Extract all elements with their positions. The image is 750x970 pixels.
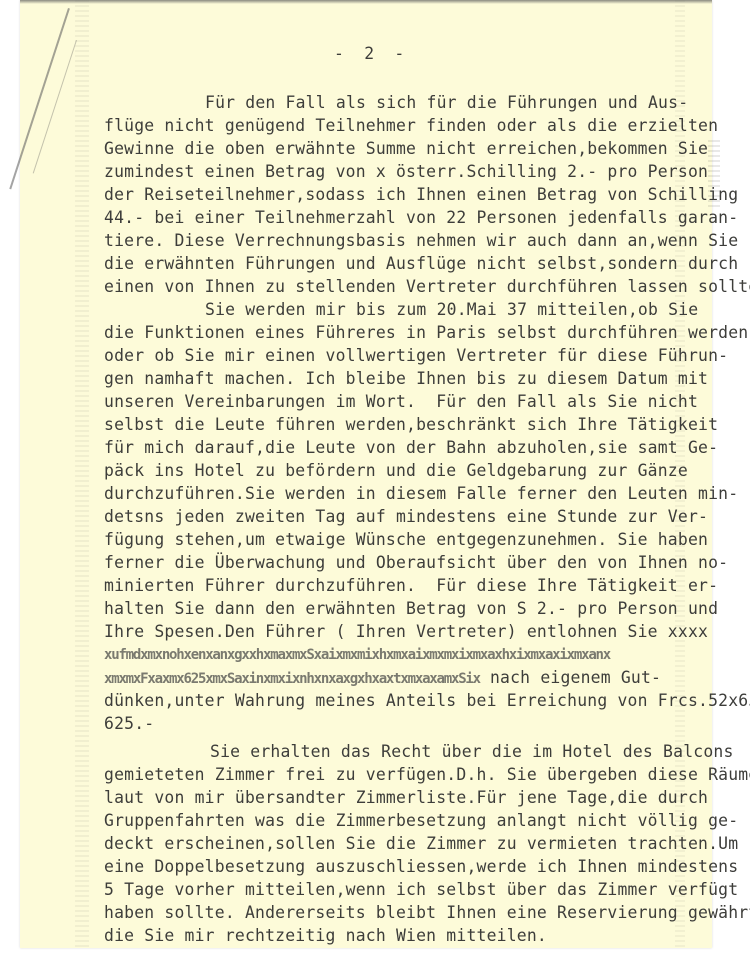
text-line: unseren Vereinbarungen im Wort. Für den … [104,391,698,413]
text-line: Sie werden mir bis zum 20.Mai 37 mitteil… [104,299,698,321]
text-line: die erwähnten Führungen und Ausflüge nic… [104,253,738,275]
text-line: päck ins Hotel zu befördern und die Geld… [104,460,688,482]
text-line: für mich darauf,die Leute von der Bahn a… [104,437,718,459]
page-number: - 2 - [334,43,404,65]
text-line: haben sollte. Andererseits bleibt Ihnen … [104,902,750,924]
text-line: Sie erhalten das Recht über die im Hotel… [104,741,734,763]
text-line: eine Doppelbesetzung auszuschliessen,wer… [104,856,738,878]
text-line: Gruppenfahrten was die Zimmerbesetzung a… [104,810,738,832]
text-line: selbst die Leute führen werden,beschränk… [104,414,718,436]
text-line: deckt erscheinen,sollen Sie die Zimmer z… [104,833,738,855]
text-line: 625.- [104,713,154,735]
text-line: fügung stehen,um etwaige Wünsche entgege… [104,529,708,551]
text-line: halten Sie dann den erwähnten Betrag von… [104,598,718,620]
text-line: gen namhaft machen. Ich bleibe Ihnen bis… [104,368,708,390]
text-line: xmxmxFxaxmx625xmxSaxinxmxixnhxnxaxgxhxax… [104,667,661,689]
text-line: einen von Ihnen zu stellenden Vertreter … [104,276,750,298]
text-line: gemieteten Zimmer frei zu verfügen.D.h. … [104,764,750,786]
text-line: laut von mir übersandter Zimmerliste.Für… [104,787,708,809]
text-line: durchzuführen.Sie werden in diesem Falle… [104,483,738,505]
text-line: die Funktionen eines Führeres in Paris s… [104,322,748,344]
text-line: zumindest einen Betrag von x österr.Schi… [104,161,708,183]
text-line: Gewinne die oben erwähnte Summe nicht er… [104,138,708,160]
text-line: Für den Fall als sich für die Führungen … [104,92,688,114]
text-line: flüge nicht genügend Teilnehmer finden o… [104,115,718,137]
text-line: die Sie mir rechtzeitig nach Wien mittei… [104,925,547,947]
text-line: dünken,unter Wahrung meines Anteils bei … [104,690,750,712]
text-fragment: nach eigenem Gut- [480,668,661,687]
text-line: oder ob Sie mir einen vollwertigen Vertr… [104,345,728,367]
text-line: Ihre Spesen.Den Führer ( Ihren Vertreter… [104,621,708,643]
pen-stroke-mark [33,40,77,173]
text-line: minierten Führer durchzuführen. Für dies… [104,575,718,597]
pen-stroke-mark [9,8,70,189]
text-line: 44.- bei einer Teilnehmerzahl von 22 Per… [104,207,738,229]
text-line: tiere. Diese Verrechnungsbasis nehmen wi… [104,230,738,252]
text-line: ferner die Überwachung und Oberaufsicht … [104,552,728,574]
struck-out-text: xmxmxFxaxmx625xmxSaxinxmxixnhxnxaxgxhxax… [104,671,480,687]
text-line: detsns jeden zweiten Tag auf mindestens … [104,506,708,528]
text-line: 5 Tage vorher mitteilen,wenn ich selbst … [104,879,738,901]
letter-body: - 2 - Für den Fall als sich für die Führ… [104,0,724,855]
text-line: der Reiseteilnehmer,sodass ich Ihnen ein… [104,184,738,206]
struck-out-line: xufmdxmxnohxenxanxgxxhxmaxmxSxaixmxmixhx… [104,644,610,666]
margin-smudge [75,0,89,948]
